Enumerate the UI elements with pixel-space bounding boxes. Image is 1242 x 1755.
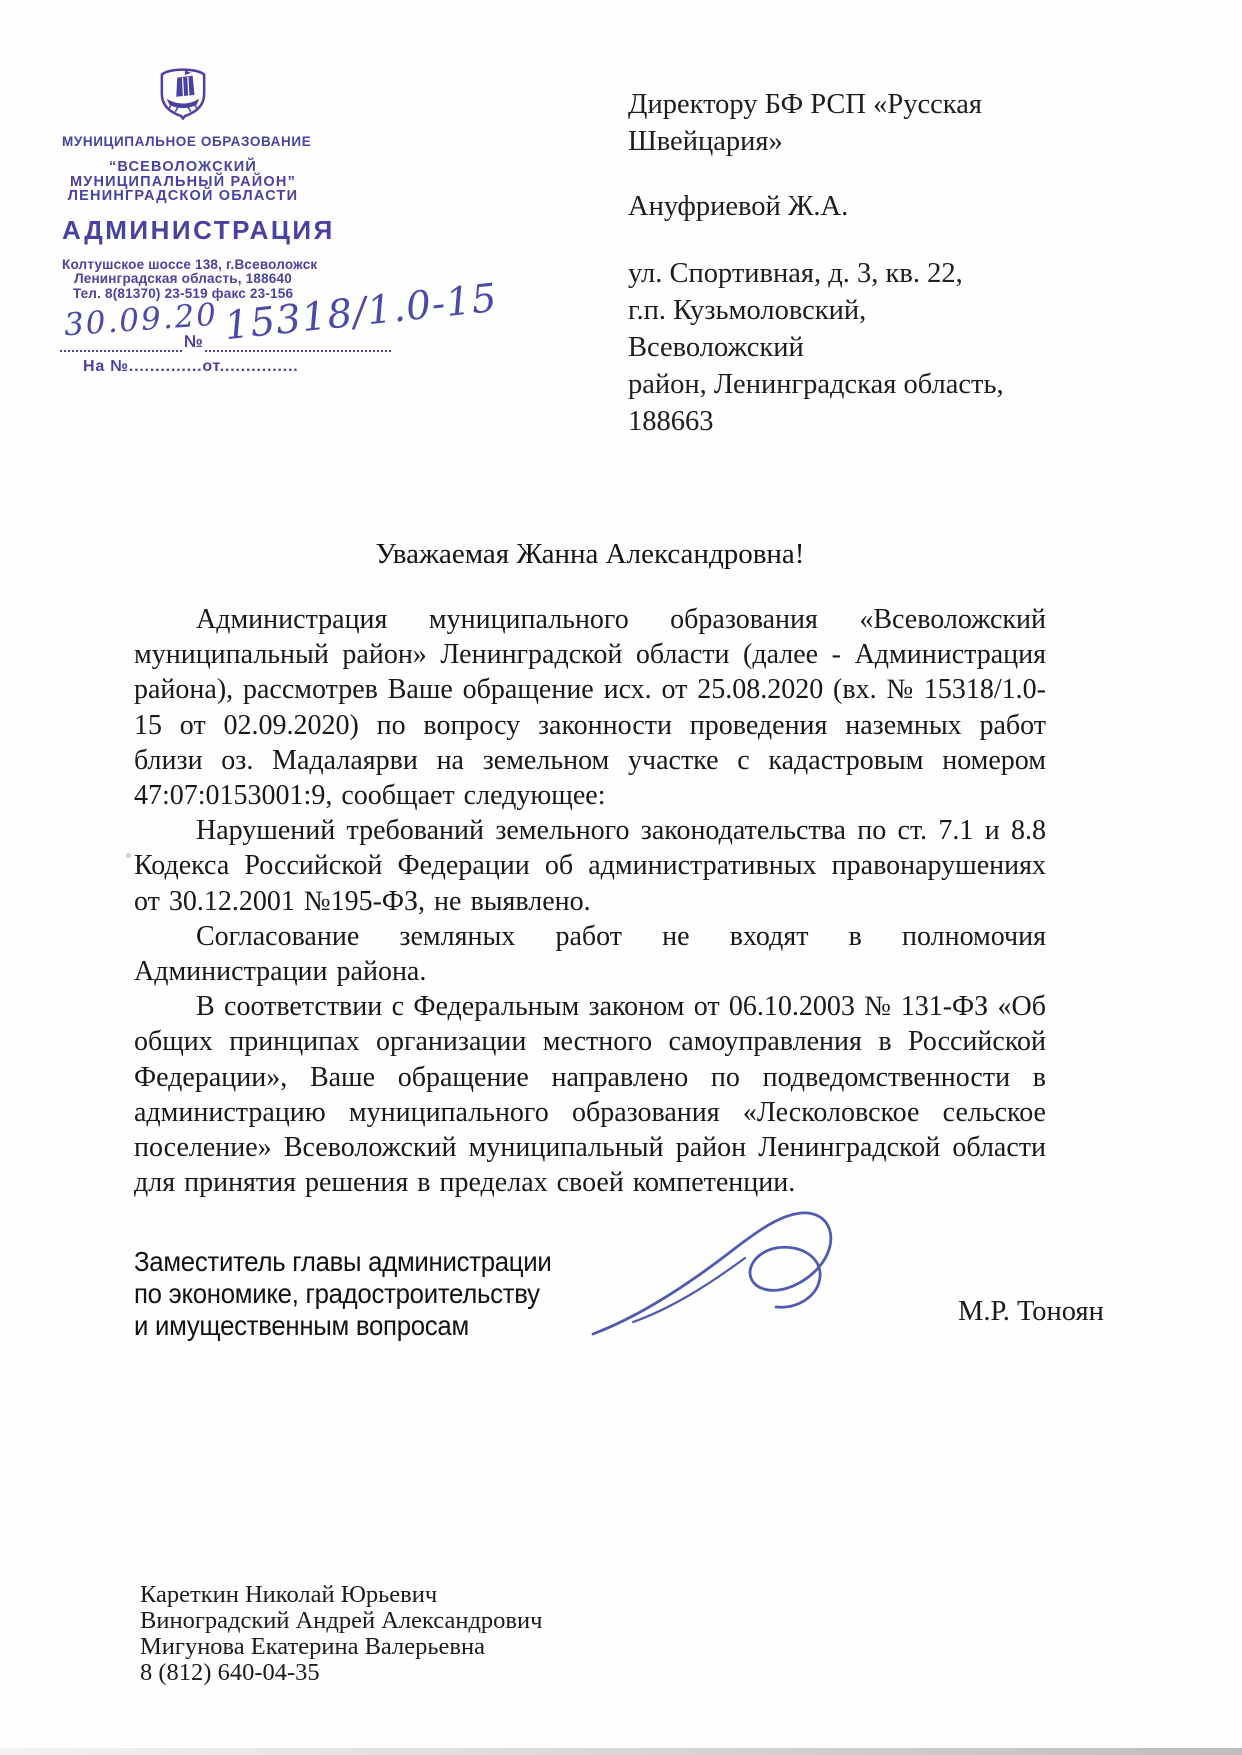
text-line: Нарушений требований земельного законода… bbox=[134, 813, 1046, 919]
text-line: В соответствии с Федеральным законом от … bbox=[134, 989, 1046, 1200]
text-line: Ануфриевой Ж.А. bbox=[628, 188, 1048, 225]
footer-contacts: Кареткин Николай ЮрьевичВиноградский Анд… bbox=[140, 1582, 542, 1686]
text-line: Кареткин Николай Юрьевич bbox=[140, 1582, 542, 1608]
signer-name: М.Р. Тоноян bbox=[958, 1296, 1104, 1328]
letterhead-address-line1: Колтушское шоссе 138, г.Всеволожск bbox=[62, 258, 304, 273]
text-line: по экономике, градостроительству bbox=[134, 1278, 552, 1310]
recipient-block: Директору БФ РСП «РусскаяШвейцария»Ануфр… bbox=[628, 86, 1048, 440]
text-line: Виноградский Андрей Александрович bbox=[140, 1608, 542, 1634]
letterhead-org-name-line2: МУНИЦИПАЛЬНЫЙ РАЙОН” bbox=[62, 175, 304, 190]
letterhead-address: Колтушское шоссе 138, г.Всеволожск Ленин… bbox=[62, 258, 304, 302]
text-line: Директору БФ РСП «Русская bbox=[628, 86, 1048, 123]
letterhead-org-type: МУНИЦИПАЛЬНОЕ ОБРАЗОВАНИЕ bbox=[62, 134, 304, 149]
text-line: ул. Спортивная, д. 3, кв. 22, bbox=[628, 255, 1048, 292]
text-line: Согласование земляных работ не входят в … bbox=[134, 919, 1046, 989]
signer-position: Заместитель главы администрациипо эконом… bbox=[134, 1246, 552, 1342]
scan-speck-artifact bbox=[126, 853, 131, 858]
letterhead-org-name-line1: “ВСЕВОЛОЖСКИЙ bbox=[62, 160, 304, 175]
text-line: и имущественным вопросам bbox=[134, 1310, 552, 1342]
letter-page: МУНИЦИПАЛЬНОЕ ОБРАЗОВАНИЕ “ВСЕВОЛОЖСКИЙ … bbox=[0, 0, 1242, 1755]
letterhead-org-region: ЛЕНИНГРАДСКОЙ ОБЛАСТИ bbox=[62, 189, 304, 204]
number-sign: № bbox=[182, 332, 205, 352]
text-line: Мигунова Екатерина Валерьевна bbox=[140, 1634, 542, 1660]
letterhead-address-line2: Ленинградская область, 188640 bbox=[62, 272, 304, 287]
text-line: Администрация муниципального образования… bbox=[134, 602, 1046, 813]
text-line: Заместитель главы администрации bbox=[134, 1246, 552, 1278]
text-line: 188663 bbox=[628, 403, 1048, 440]
sailboat-crest-icon bbox=[158, 64, 208, 120]
handwritten-signature-icon bbox=[575, 1200, 875, 1355]
reply-reference-line: На №..............от............... bbox=[83, 358, 298, 376]
letter-body: Администрация муниципального образования… bbox=[134, 602, 1046, 1200]
text-line: 8 (812) 640-04-35 bbox=[140, 1660, 542, 1686]
text-line: Швейцария» bbox=[628, 123, 1048, 160]
letterhead-title: АДМИНИСТРАЦИЯ bbox=[62, 215, 304, 246]
letterhead: МУНИЦИПАЛЬНОЕ ОБРАЗОВАНИЕ “ВСЕВОЛОЖСКИЙ … bbox=[62, 64, 304, 301]
scan-edge-artifact bbox=[0, 1748, 1242, 1755]
salutation: Уважаемая Жанна Александровна! bbox=[134, 538, 1046, 571]
text-line: г.п. Кузьмоловский, Всеволожский bbox=[628, 292, 1048, 366]
text-line: район, Ленинградская область, bbox=[628, 366, 1048, 403]
reference-block: № 30.09.20 15318/1.0-15 bbox=[60, 296, 440, 360]
